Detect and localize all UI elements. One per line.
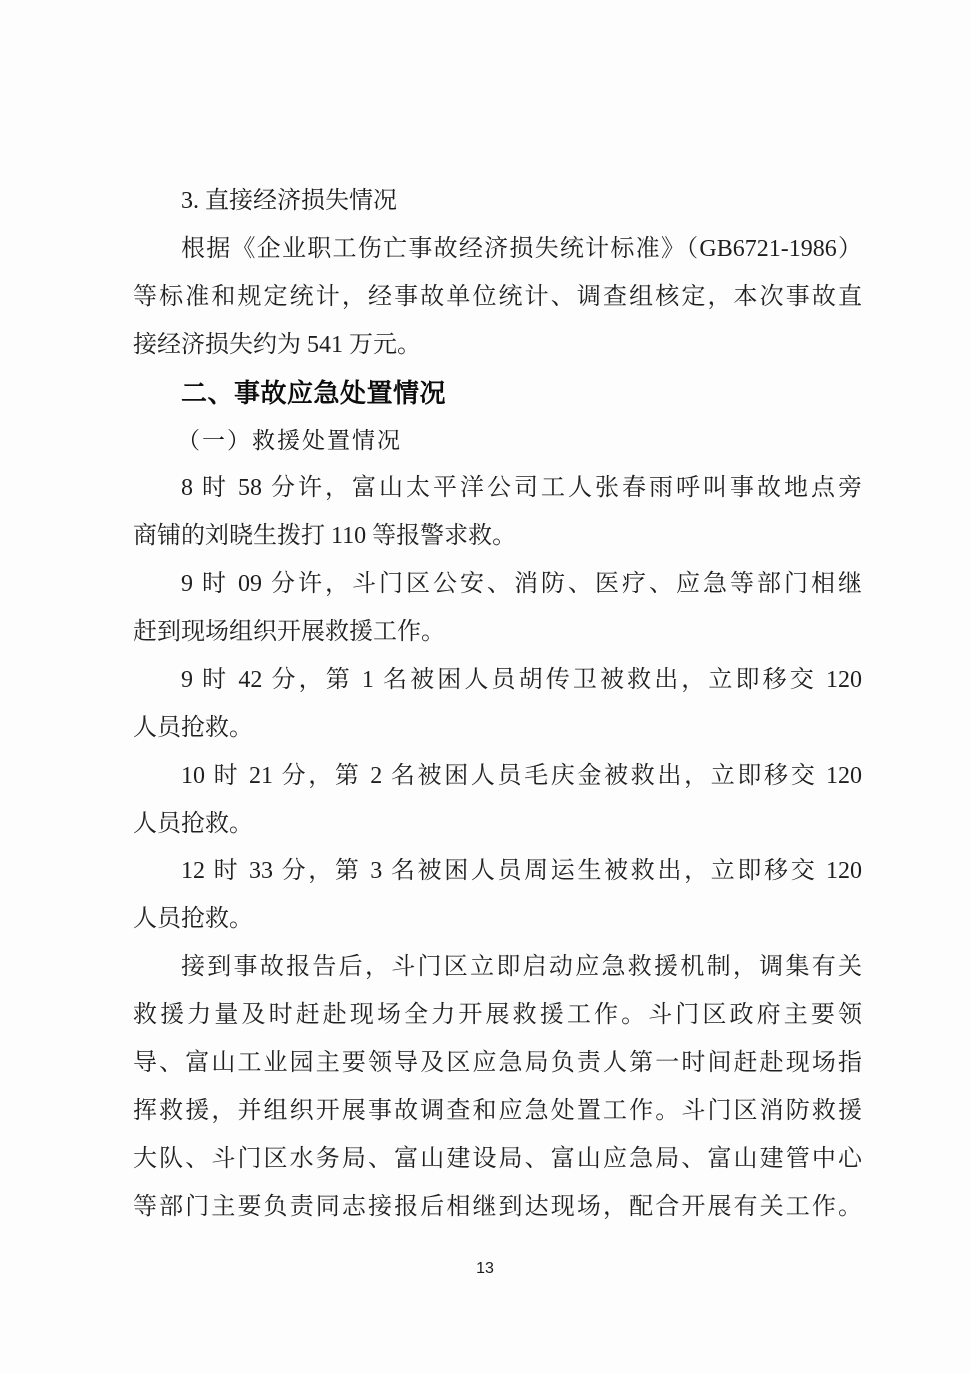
numbered-subheading: 3. 直接经济损失情况 bbox=[133, 178, 862, 226]
body-text-line: 9 时 09 分许，斗门区公安、消防、医疗、应急等部门相继 bbox=[133, 561, 862, 609]
body-text-line: 10 时 21 分，第 2 名被困人员毛庆金被救出，立即移交 120 bbox=[133, 753, 862, 801]
body-text-line: 导、富山工业园主要领导及区应急局负责人第一时间赶赴现场指 bbox=[133, 1040, 862, 1088]
body-text-line: 人员抢救。 bbox=[133, 801, 862, 849]
body-text-line: 等标准和规定统计，经事故单位统计、调查组核定，本次事故直 bbox=[133, 274, 862, 322]
document-page: 3. 直接经济损失情况根据《企业职工伤亡事故经济损失统计标准》（GB6721-1… bbox=[0, 0, 970, 1373]
page-number: 13 bbox=[0, 1260, 970, 1278]
body-text-line: 接经济损失约为 541 万元。 bbox=[133, 322, 862, 370]
body-text-line: 商铺的刘晓生拨打 110 等报警求救。 bbox=[133, 513, 862, 561]
body-text-line: 人员抢救。 bbox=[133, 896, 862, 944]
body-text-line: 挥救援，并组织开展事故调查和应急处置工作。斗门区消防救援 bbox=[133, 1088, 862, 1136]
body-text-line: 赶到现场组织开展救援工作。 bbox=[133, 609, 862, 657]
body-text-line: 8 时 58 分许，富山太平洋公司工人张春雨呼叫事故地点旁 bbox=[133, 465, 862, 513]
subsection-heading: （一）救援处置情况 bbox=[133, 417, 862, 465]
body-text-line: 救援力量及时赶赴现场全力开展救援工作。斗门区政府主要领 bbox=[133, 992, 862, 1040]
document-body: 3. 直接经济损失情况根据《企业职工伤亡事故经济损失统计标准》（GB6721-1… bbox=[133, 178, 862, 1232]
body-text-line: 等部门主要负责同志接报后相继到达现场，配合开展有关工作。 bbox=[133, 1184, 862, 1232]
body-text-line: 根据《企业职工伤亡事故经济损失统计标准》（GB6721-1986） bbox=[133, 226, 862, 274]
body-text-line: 接到事故报告后，斗门区立即启动应急救援机制，调集有关 bbox=[133, 944, 862, 992]
body-text-line: 12 时 33 分，第 3 名被困人员周运生被救出，立即移交 120 bbox=[133, 848, 862, 896]
body-text-line: 大队、斗门区水务局、富山建设局、富山应急局、富山建管中心 bbox=[133, 1136, 862, 1184]
body-text-line: 人员抢救。 bbox=[133, 705, 862, 753]
section-heading: 二、事故应急处置情况 bbox=[133, 370, 862, 418]
body-text-line: 9 时 42 分，第 1 名被困人员胡传卫被救出，立即移交 120 bbox=[133, 657, 862, 705]
